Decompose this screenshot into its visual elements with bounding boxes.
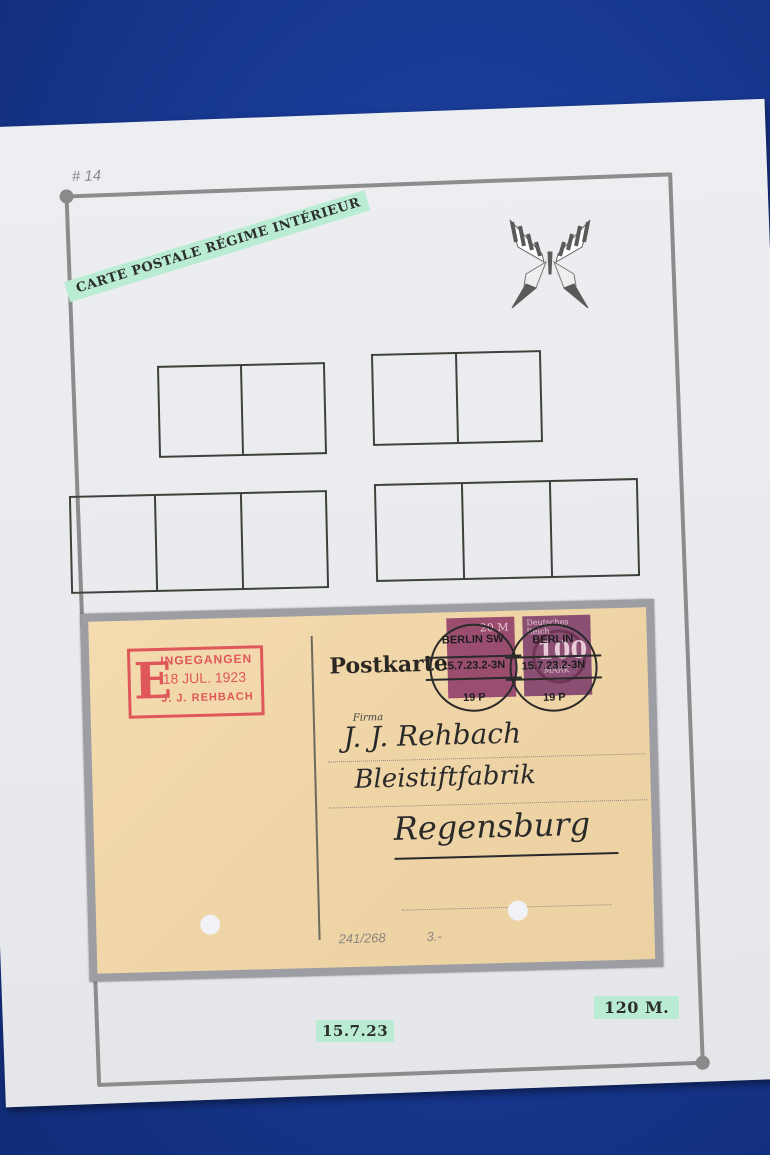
stamp-mount-strip-2 [374, 478, 640, 582]
receipt-stamp-date: 18 JUL. 1923 [163, 669, 247, 687]
postmark-code: 19 P [512, 691, 596, 705]
stamp-slot [242, 364, 325, 454]
stamp-slot [457, 352, 541, 442]
stamp-slot [373, 354, 459, 444]
stamp-mount-strip-1 [69, 490, 329, 594]
receipt-stamp-line1: INGEGANGEN [160, 652, 252, 668]
address-line-business: Bleistiftfabrik [354, 760, 536, 795]
postmark-bar [506, 676, 602, 681]
address-line-name: J. J. Rehbach [343, 717, 522, 755]
postmark-code: 19 P [432, 691, 516, 705]
postmark-date: 15.7.23.2-3N [511, 659, 595, 673]
city-underline [394, 852, 618, 860]
inventory-note: # 14 [72, 167, 102, 185]
butterfly-icon [500, 212, 600, 312]
address-line-city: Regensburg [393, 805, 590, 848]
stamp-slot [463, 482, 552, 578]
receipt-stamp-firm: J. J. REHBACH [161, 690, 254, 704]
card-punch-hole [508, 900, 529, 921]
stamp-slot [156, 494, 243, 590]
stamp-slot [159, 366, 244, 456]
receipt-stamp: E INGEGANGEN 18 JUL. 1923 J. J. REHBACH [127, 645, 265, 719]
postcard-divider [311, 636, 321, 940]
stamp-slot [376, 484, 465, 580]
stamp-slot [551, 480, 638, 576]
date-label: 15.7.23 [316, 1020, 394, 1042]
stamp-mount-pair-2 [371, 350, 543, 446]
postmark-city: BERLIN [511, 633, 595, 647]
stamp-mount-pair-1 [157, 362, 327, 458]
price-label: 120 M. [594, 996, 679, 1019]
card-punch-hole [200, 914, 221, 935]
postmark-date: 15.7.23.2-3N [431, 659, 515, 673]
postmark-2: BERLIN 15.7.23.2-3N 19 P [508, 622, 598, 712]
postcard-mount: E INGEGANGEN 18 JUL. 1923 J. J. REHBACH … [80, 599, 663, 982]
address-rule [402, 904, 612, 910]
stamp-slot [71, 496, 158, 592]
stamp-slot [242, 492, 327, 588]
postmark-1: BERLIN SW 15.7.23.2-3N 19 P [428, 623, 518, 713]
postcard: E INGEGANGEN 18 JUL. 1923 J. J. REHBACH … [88, 607, 655, 973]
postmark-city: BERLIN SW [431, 633, 515, 647]
pencil-catalog-note: 241/268 [338, 930, 385, 946]
pencil-price-note: 3.- [426, 929, 442, 944]
